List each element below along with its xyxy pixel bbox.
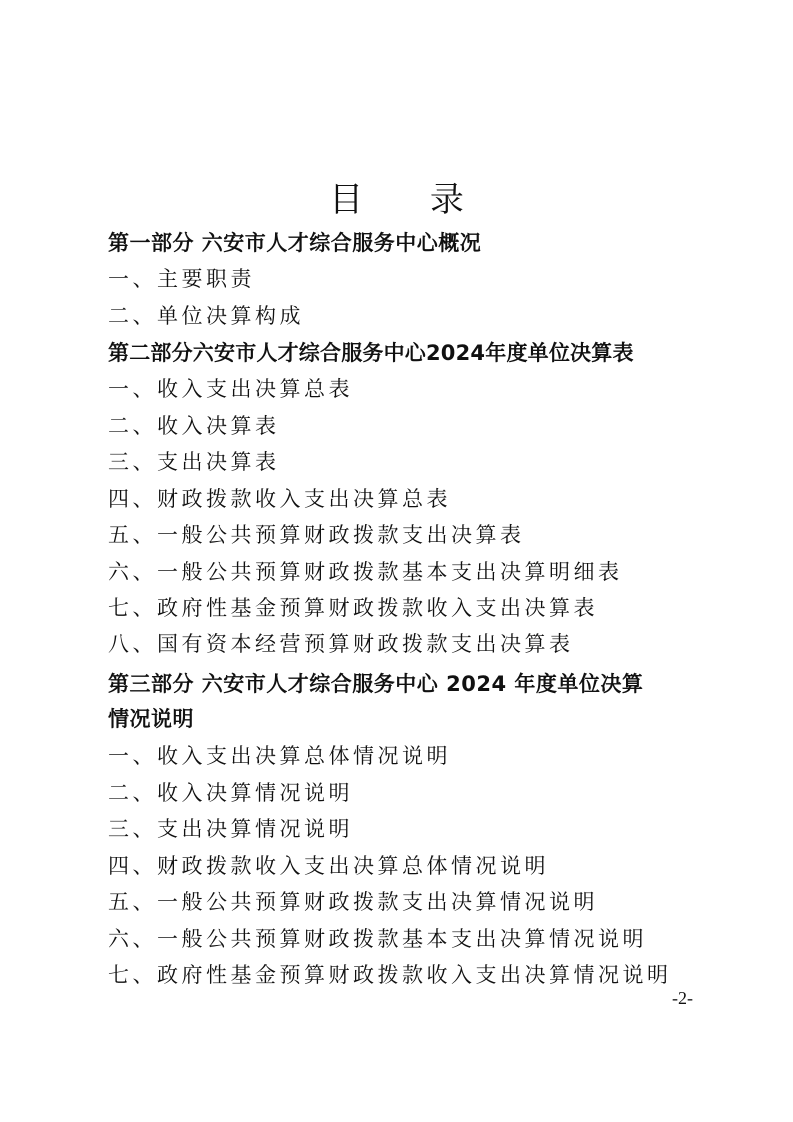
toc-item: 三、支出决算情况说明 [108, 815, 353, 843]
toc-title: 目 录 [0, 180, 793, 220]
toc-item: 五、一般公共预算财政拨款支出决算情况说明 [108, 888, 598, 916]
section-3-heading-line1: 第三部分 六安市人才综合服务中心 2024 年度单位决算 [108, 670, 643, 698]
toc-item: 五、一般公共预算财政拨款支出决算表 [108, 521, 525, 549]
toc-item: 六、一般公共预算财政拨款基本支出决算情况说明 [108, 925, 647, 953]
toc-item: 四、财政拨款收入支出决算总体情况说明 [108, 852, 549, 880]
toc-item: 七、政府性基金预算财政拨款收入支出决算情况说明 [108, 961, 672, 989]
toc-item: 一、主要职责 [108, 265, 255, 293]
section-3-heading-line2: 情况说明 [108, 705, 194, 733]
section-2-heading: 第二部分六安市人才综合服务中心2024年度单位决算表 [108, 339, 634, 367]
toc-item: 一、收入支出决算总表 [108, 375, 353, 403]
toc-item: 二、单位决算构成 [108, 302, 304, 330]
toc-item: 六、一般公共预算财政拨款基本支出决算明细表 [108, 558, 623, 586]
page-number: -2- [672, 988, 693, 1009]
toc-item: 二、收入决算表 [108, 412, 280, 440]
section-1-heading: 第一部分 六安市人才综合服务中心概况 [108, 229, 481, 257]
toc-item: 七、政府性基金预算财政拨款收入支出决算表 [108, 594, 598, 622]
toc-item: 三、支出决算表 [108, 448, 280, 476]
toc-item: 四、财政拨款收入支出决算总表 [108, 485, 451, 513]
toc-item: 二、收入决算情况说明 [108, 779, 353, 807]
toc-item: 一、收入支出决算总体情况说明 [108, 742, 451, 770]
toc-item: 八、国有资本经营预算财政拨款支出决算表 [108, 630, 574, 658]
